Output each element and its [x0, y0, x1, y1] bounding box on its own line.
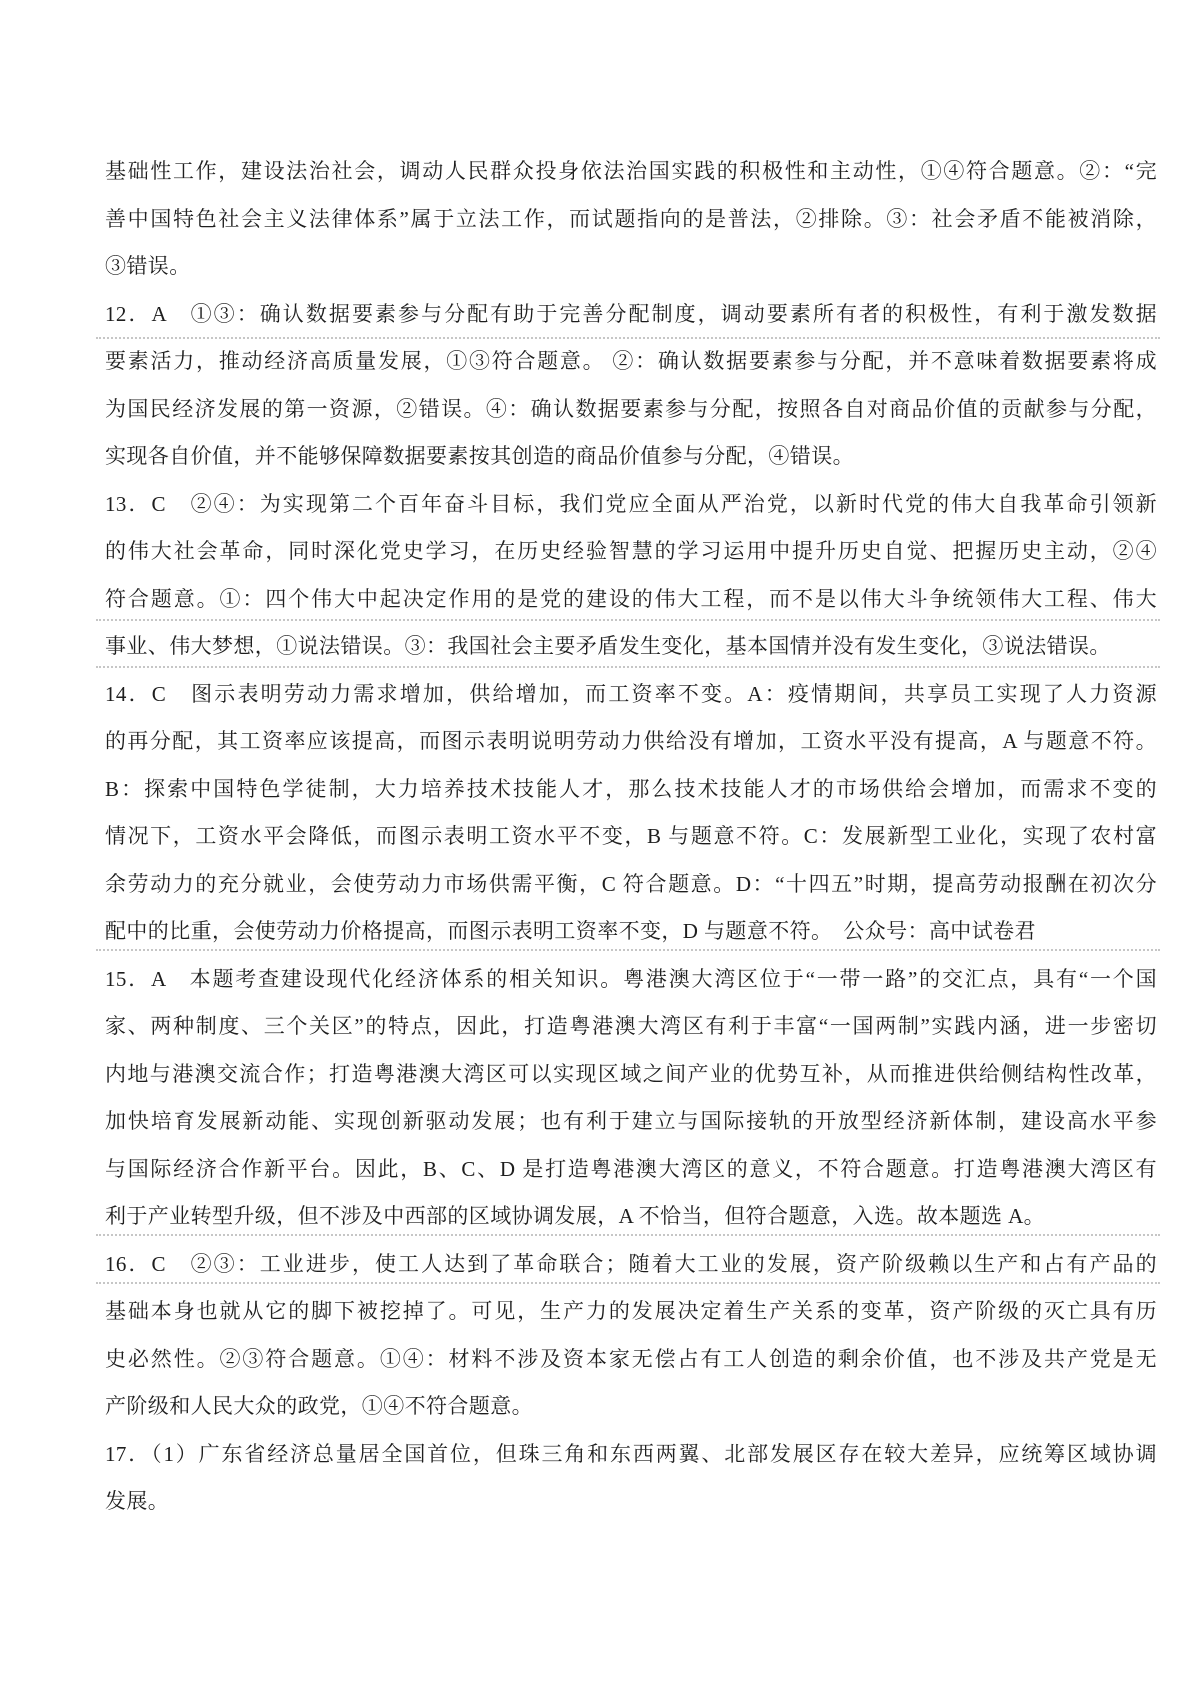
answer-14-explanation: 14．C 图示表明劳动力需求增加，供给增加，而工资率不变。A：疫情期间，共享员工… — [105, 671, 1157, 956]
text-line: 与国际经济合作新平台。因此，B、C、D 是打造粤港澳大湾区的意义，不符合题意。打… — [105, 1146, 1157, 1194]
text-line: 发展。 — [105, 1478, 1157, 1526]
text-line: 的再分配，其工资率应该提高，而图示表明说明劳动力供给没有增加，工资水平没有提高，… — [105, 718, 1157, 766]
text-line: 的伟大社会革命，同时深化党史学习，在历史经验智慧的学习运用中提升历史自觉、把握历… — [105, 528, 1157, 576]
text-line: 情况下，工资水平会降低，而图示表明工资水平不变，B 与题意不符。C：发展新型工业… — [105, 813, 1157, 861]
text-line: 为国民经济发展的第一资源，②错误。④：确认数据要素参与分配，按照各自对商品价值的… — [105, 386, 1157, 434]
text-line: 内地与港澳交流合作；打造粤港澳大湾区可以实现区域之间产业的优势互补，从而推进供给… — [105, 1051, 1157, 1099]
text-line: 基础本身也就从它的脚下被挖掉了。可见，生产力的发展决定着生产关系的变革，资产阶级… — [105, 1288, 1157, 1336]
document-page: 基础性工作，建设法治社会，调动人民群众投身依法治国实践的积极性和主动性，①④符合… — [0, 0, 1200, 1700]
text-line: 家、两种制度、三个关区”的特点，因此，打造粤港澳大湾区有利于丰富“一国两制”实践… — [105, 1003, 1157, 1051]
text-line: 13．C ②④：为实现第二个百年奋斗目标，我们党应全面从严治党，以新时代党的伟大… — [105, 481, 1157, 529]
text-line: 加快培育发展新动能、实现创新驱动发展；也有利于建立与国际接轨的开放型经济新体制，… — [105, 1098, 1157, 1146]
text-line: 史必然性。②③符合题意。①④：材料不涉及资本家无偿占有工人创造的剩余价值，也不涉… — [105, 1336, 1157, 1384]
text-line: 实现各自价值，并不能够保障数据要素按其创造的商品价值参与分配，④错误。 — [105, 433, 1157, 481]
dotted-separator — [96, 949, 1160, 951]
answer-17-part1: 17．（1）广东省经济总量居全国首位，但珠三角和东西两翼、北部发展区存在较大差异… — [105, 1431, 1157, 1526]
dotted-separator — [96, 1234, 1160, 1236]
text-line: 余劳动力的充分就业，会使劳动力市场供需平衡，C 符合题意。D：“十四五”时期，提… — [105, 861, 1157, 909]
text-line: 善中国特色社会主义法律体系”属于立法工作，而试题指向的是普法，②排除。③：社会矛… — [105, 196, 1157, 244]
answer-11-continuation: 基础性工作，建设法治社会，调动人民群众投身依法治国实践的积极性和主动性，①④符合… — [105, 148, 1157, 291]
answer-15-explanation: 15．A 本题考查建设现代化经济体系的相关知识。粤港澳大湾区位于“一带一路”的交… — [105, 956, 1157, 1241]
text-line: 16．C ②③：工业进步，使工人达到了革命联合；随着大工业的发展，资产阶级赖以生… — [105, 1241, 1157, 1289]
answer-12-explanation: 12．A ①③：确认数据要素参与分配有助于完善分配制度，调动要素所有者的积极性，… — [105, 291, 1157, 481]
dotted-separator — [96, 666, 1160, 668]
answer-16-explanation: 16．C ②③：工业进步，使工人达到了革命联合；随着大工业的发展，资产阶级赖以生… — [105, 1241, 1157, 1431]
answer-key-text-block: 基础性工作，建设法治社会，调动人民群众投身依法治国实践的积极性和主动性，①④符合… — [105, 148, 1157, 1526]
text-line: 事业、伟大梦想，①说法错误。③：我国社会主要矛盾发生变化，基本国情并没有发生变化… — [105, 623, 1157, 671]
text-line: 15．A 本题考查建设现代化经济体系的相关知识。粤港澳大湾区位于“一带一路”的交… — [105, 956, 1157, 1004]
text-line: 17．（1）广东省经济总量居全国首位，但珠三角和东西两翼、北部发展区存在较大差异… — [105, 1431, 1157, 1479]
text-line: 要素活力，推动经济高质量发展，①③符合题意。 ②：确认数据要素参与分配，并不意味… — [105, 338, 1157, 386]
text-line: 产阶级和人民大众的政党，①④不符合题意。 — [105, 1383, 1157, 1431]
text-line: ③错误。 — [105, 243, 1157, 291]
dotted-separator — [96, 619, 1160, 621]
dotted-separator — [96, 337, 1160, 339]
text-line: B：探索中国特色学徒制，大力培养技术技能人才，那么技术技能人才的市场供给会增加，… — [105, 766, 1157, 814]
answer-13-explanation: 13．C ②④：为实现第二个百年奋斗目标，我们党应全面从严治党，以新时代党的伟大… — [105, 481, 1157, 671]
text-line: 符合题意。①：四个伟大中起决定作用的是党的建设的伟大工程，而不是以伟大斗争统领伟… — [105, 576, 1157, 624]
text-line: 12．A ①③：确认数据要素参与分配有助于完善分配制度，调动要素所有者的积极性，… — [105, 291, 1157, 339]
text-line: 基础性工作，建设法治社会，调动人民群众投身依法治国实践的积极性和主动性，①④符合… — [105, 148, 1157, 196]
dotted-separator — [96, 1282, 1160, 1284]
text-line: 14．C 图示表明劳动力需求增加，供给增加，而工资率不变。A：疫情期间，共享员工… — [105, 671, 1157, 719]
